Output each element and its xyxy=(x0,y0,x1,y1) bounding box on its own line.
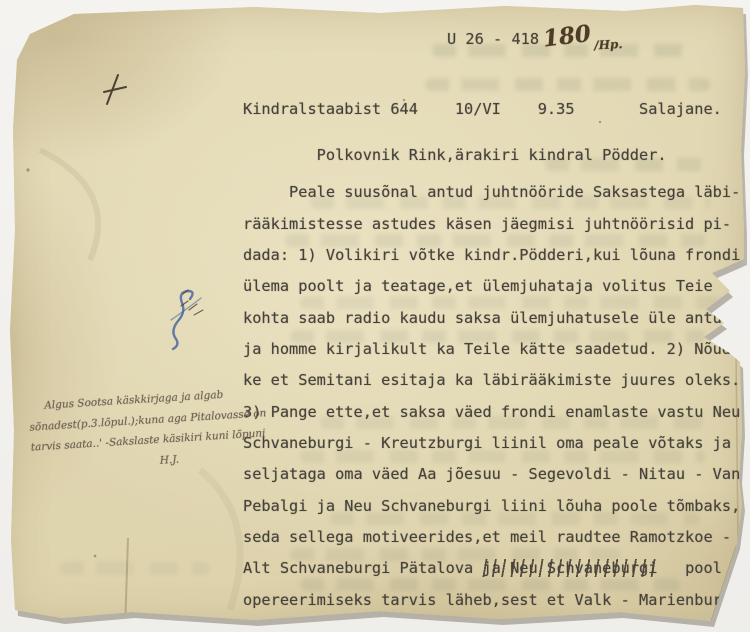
dateline: Kindralstaabist 644 10/VI 9.35 Salajane. xyxy=(243,94,722,125)
typed-line: Peale suusõnal antud juhtnööride Saksast… xyxy=(243,177,750,208)
typed-line: Polkovnik Rink,ärakiri kindral Pödder. xyxy=(243,140,750,171)
handwritten-reference-number: 180 xyxy=(541,20,592,53)
typed-line: dada: 1) Volikiri võtke kindr.Pödderi,ku… xyxy=(243,240,750,271)
typed-text-block: Polkovnik Rink,ärakiri kindral Pödder. P… xyxy=(243,140,750,616)
document-paper: U 26 - 418 180/Hp. Kindralstaabist 644 1… xyxy=(0,0,750,632)
handwritten-reference-suffix: /Hp. xyxy=(594,31,624,58)
cross-pen-mark xyxy=(104,75,126,104)
typed-line: kohta saab radio kaudu saksa ülemjuhatus… xyxy=(243,303,750,334)
typed-line: rääkimistesse astudes käsen jäegmisi juh… xyxy=(243,209,750,240)
typed-line: opereerimiseks tarvis läheb,sest et Valk… xyxy=(243,585,750,616)
typed-line: seljataga oma väed Aa jõesuu - Segevoldi… xyxy=(243,459,750,490)
typed-line: seda sellega motiveerides,et meil raudte… xyxy=(243,522,750,553)
typed-line: ülema poolt ja teatage,et ülemjuhataja v… xyxy=(243,271,750,302)
struck-text: ja Neu Schvaneburgi xyxy=(482,559,657,577)
typed-line: ke et Semitani esitaja ka läbirääkimiste… xyxy=(243,365,750,396)
handwritten-margin-note: Algus Sootsa käskkirjaga ja algabsõnades… xyxy=(28,383,251,478)
typed-line: Schvaneburgi - Kreutzburgi liinil oma pe… xyxy=(243,428,750,459)
typed-line: Pebalgi ja Neu Schvaneburgi liini lõuha … xyxy=(243,491,750,522)
reference-number: U 26 - 418 xyxy=(447,24,539,55)
ink-signature-mark xyxy=(171,290,203,349)
typed-line: Alt Schvaneburgi Pätalova ja Neu Schvane… xyxy=(243,553,750,584)
typed-line: ja homme kirjalikult ka Teile kätte saad… xyxy=(243,334,750,365)
handwritten-reference: 180/Hp. xyxy=(542,17,621,55)
typed-line: 3) Pange ette,et saksa väed frondi enaml… xyxy=(243,397,750,428)
scanned-document: U 26 - 418 180/Hp. Kindralstaabist 644 1… xyxy=(0,0,750,632)
